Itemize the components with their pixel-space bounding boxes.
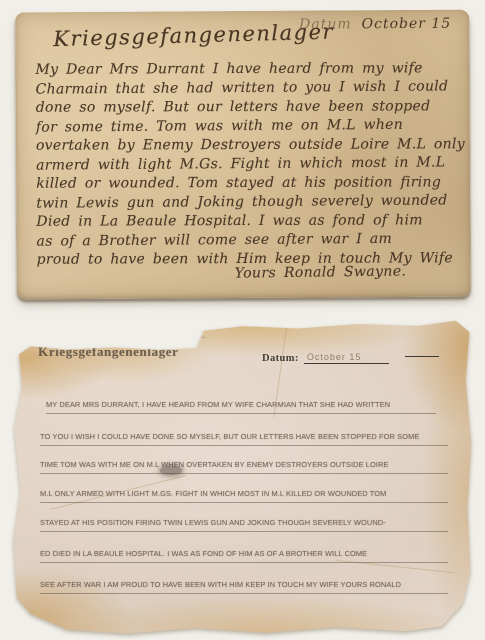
letter-line: Died in La Beaule Hospital. I was as fon…	[36, 211, 458, 231]
ink-smudge	[160, 466, 182, 475]
letter-line: armerd with light M.Gs. Fight in which m…	[36, 153, 458, 175]
ruled-line	[405, 356, 439, 357]
paper-crease	[104, 333, 206, 338]
pow-postcard-ink: Kriegsgefangenenlager DatumOctober 15 My…	[15, 10, 471, 300]
letter-line: overtaken by Enemy Destroyers outside Lo…	[36, 135, 458, 155]
pow-form-pencil: Kriegsgefangenenlager Datum: October 15 …	[12, 316, 474, 636]
letter-line: My Dear Mrs Durrant I have heard from my…	[35, 59, 457, 79]
form-line: STAYED AT HIS POSITION FIRING TWIN LEWIS…	[40, 518, 448, 532]
datum-label: Datum	[299, 16, 352, 32]
letter-line: done so myself. But our letters have bee…	[36, 97, 458, 117]
form-line: SEE AFTER WAR I AM PROUD TO HAVE BEEN WI…	[40, 580, 448, 594]
form-line: TIME TOM WAS WITH ME ON M.L WHEN OVERTAK…	[40, 460, 448, 474]
letter-line: as of a Brother will come see after war …	[36, 229, 458, 251]
datum-value: October 15	[362, 16, 452, 33]
date-line: Datum: October 15	[262, 346, 439, 365]
date-line: DatumOctober 15	[299, 16, 451, 33]
datum-label: Datum:	[262, 353, 299, 364]
scanned-postcards-page: Kriegsgefangenenlager DatumOctober 15 My…	[0, 0, 485, 640]
letter-body: My Dear Mrs Durrant I have heard from my…	[35, 59, 458, 271]
form-line: MY DEAR MRS DURRANT, I HAVE HEARD FROM M…	[46, 400, 436, 414]
letter-line: Charmain that she had written to you I w…	[36, 77, 458, 99]
signature: Yours Ronald Swayne.	[235, 263, 407, 281]
form-line: ED DIED IN LA BEAULE HOSPITAL. I WAS AS …	[40, 549, 448, 563]
letter-line: killed or wounded. Tom stayed at his pos…	[36, 173, 458, 193]
form-line: M.L ONLY ARMED WITH LIGHT M.GS. FIGHT IN…	[40, 489, 448, 503]
card-title-handwritten: Kriegsgefangenenlager	[53, 20, 334, 52]
card-title-printed: Kriegsgefangenenlager	[38, 344, 178, 360]
datum-value: October 15	[304, 352, 390, 364]
letter-line: for some time. Tom was with me on M.L wh…	[36, 115, 458, 137]
pow-form-pencil-wrap: Kriegsgefangenenlager Datum: October 15 …	[12, 316, 474, 636]
letter-line: twin Lewis gun and Joking though severel…	[36, 191, 458, 213]
form-line: TO YOU I WISH I COULD HAVE DONE SO MYSEL…	[40, 432, 448, 446]
